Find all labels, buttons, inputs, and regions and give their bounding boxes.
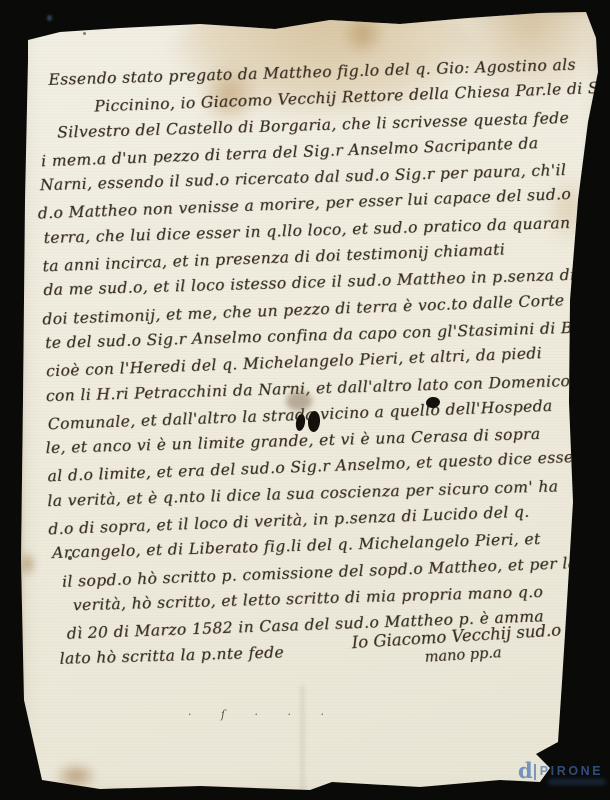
manuscript-text-block: Essendo stato pregato da Mattheo fig.lo … [20, 50, 610, 674]
watermark-label: PIRONE [540, 764, 604, 778]
dust-speck [47, 15, 52, 21]
stain-left-edge [16, 550, 38, 578]
stain-bottom-left-corner [54, 762, 98, 790]
water-stain-dark-spot-2 [340, 12, 386, 56]
ink-stray-marks: · ſ · · · [188, 708, 337, 721]
manuscript-page: Essendo stato pregato da Mattheo fig.lo … [20, 10, 602, 796]
ink-speck [83, 32, 86, 35]
ink-speck [68, 556, 72, 560]
pirone-logo-icon: d [518, 760, 533, 781]
paper-fold-crease [301, 686, 304, 794]
manuscript-photo: Essendo stato pregato da Mattheo fig.lo … [0, 0, 610, 800]
pirone-logo-bar-icon [534, 764, 536, 780]
ink-smudge [286, 391, 312, 411]
auction-watermark: d PIRONE [518, 760, 603, 781]
watermark-subline [548, 779, 606, 785]
